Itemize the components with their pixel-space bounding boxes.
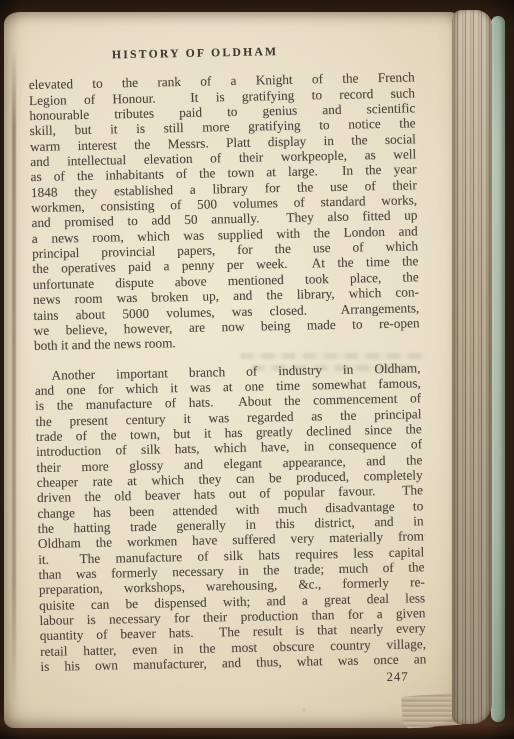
body-paragraphs: elevated to the rank of a Knight of the … xyxy=(29,70,427,675)
paragraph: Another important branch of industry in … xyxy=(34,360,426,675)
book-page: HISTORY OF OLDHAM elevated to the rank o… xyxy=(4,12,458,728)
paragraph: elevated to the rank of a Knight of the … xyxy=(29,70,420,354)
book-photo: HISTORY OF OLDHAM elevated to the rank o… xyxy=(0,0,514,739)
running-header: HISTORY OF OLDHAM xyxy=(28,41,414,64)
page-text-block: HISTORY OF OLDHAM elevated to the rank o… xyxy=(28,41,427,692)
endpaper-strip xyxy=(491,16,505,722)
page-edge-stack xyxy=(452,10,492,724)
gutter-shadow xyxy=(12,48,16,702)
